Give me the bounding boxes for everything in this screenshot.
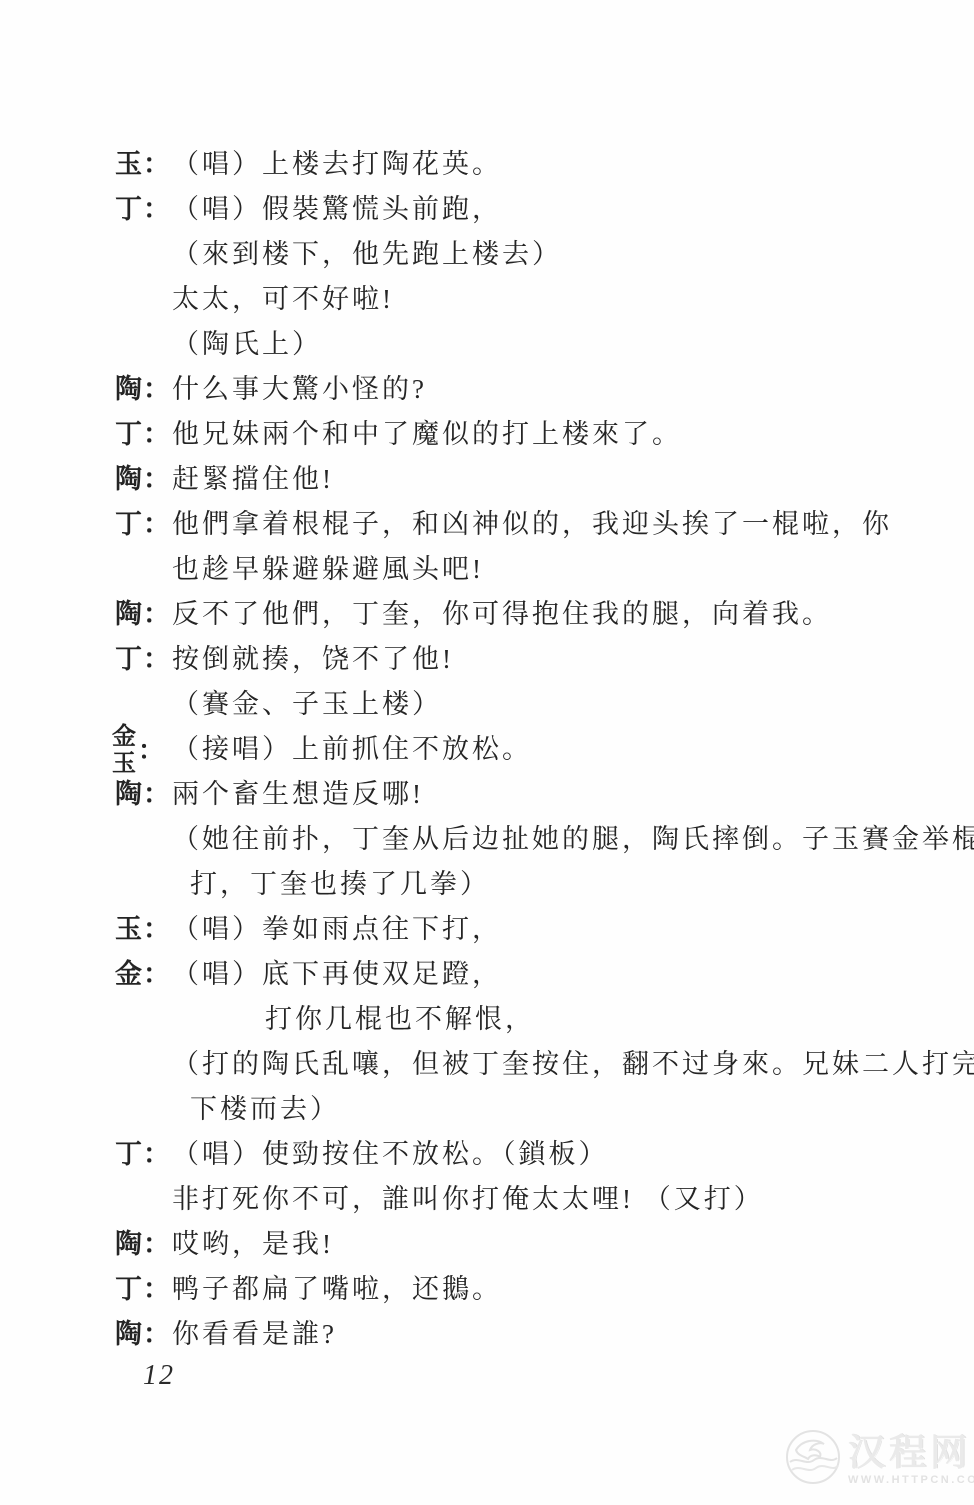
- script-line: 丁： 鸭子都扁了嘴啦，还鵝。: [0, 1272, 974, 1317]
- dialogue-text: （接唱）上前抓住不放松。: [172, 732, 532, 766]
- dialogue-text: 非打死你不可，誰叫你打俺太太哩! （又打）: [172, 1182, 764, 1216]
- script-line: 陶： 你看看是誰?: [0, 1317, 974, 1362]
- stage-direction-text: 下楼而去）: [190, 1092, 340, 1126]
- dialogue-text: 什么事大驚小怪的?: [172, 372, 427, 406]
- speaker-label: 丁：: [115, 192, 172, 226]
- dialogue-text: 鸭子都扁了嘴啦，还鵝。: [172, 1272, 502, 1306]
- speaker-label: 丁：: [115, 642, 172, 676]
- script-line: 丁： 他兄妹兩个和中了魔似的打上楼來了。: [0, 417, 974, 462]
- dialogue-text: 打你几棍也不解恨，: [265, 1002, 535, 1036]
- dialogue-text: （唱）假裝驚慌头前跑，: [172, 192, 502, 226]
- speaker-name-bottom: 玉: [112, 751, 136, 778]
- speaker-label: 陶：: [115, 1317, 172, 1351]
- speaker-label: 丁：: [115, 1272, 172, 1306]
- dialogue-text: （唱）拳如雨点往下打，: [172, 912, 502, 946]
- dialogue-text: 也趁早躲避躲避風头吧!: [172, 552, 484, 586]
- dialogue-text: （唱）底下再使双足蹬，: [172, 957, 502, 991]
- script-line: 玉： （唱）拳如雨点往下打，: [0, 912, 974, 957]
- dialogue-text: 他們拿着根棍子，和凶神似的，我迎头挨了一棍啦，你: [172, 507, 892, 541]
- stage-direction-line: （打的陶氏乱嚷，但被丁奎按住，翻不过身來。兄妹二人打完，: [0, 1047, 974, 1092]
- speaker-label: 丁：: [115, 417, 172, 451]
- stage-direction-line: 打，丁奎也揍了几拳）: [0, 867, 974, 912]
- script-line: 陶： 反不了他們，丁奎，你可得抱住我的腿，向着我。: [0, 597, 974, 642]
- dialogue-text: （唱）使勁按住不放松。（鎖板）: [172, 1137, 609, 1171]
- sung-continuation-line: 打你几棍也不解恨，: [0, 1002, 974, 1047]
- watermark-site-url: WWW.HTTPCN.COM: [848, 1474, 974, 1486]
- dialogue-text: （唱）上楼去打陶花英。: [172, 147, 502, 181]
- dialogue-text: 太太，可不好啦!: [172, 282, 394, 316]
- dialogue-text: 按倒就揍，饶不了他!: [172, 642, 454, 676]
- dialogue-text: 哎哟，是我!: [172, 1227, 334, 1261]
- script-page: 玉： （唱）上楼去打陶花英。 丁： （唱）假裝驚慌头前跑， （來到楼下，他先跑上…: [0, 0, 974, 1505]
- stage-direction-text: （賽金、子玉上楼）: [172, 687, 442, 721]
- stage-direction-line: （來到楼下，他先跑上楼去）: [0, 237, 974, 282]
- dialogue-text: 反不了他們，丁奎，你可得抱住我的腿，向着我。: [172, 597, 832, 631]
- speaker-colon: ：: [138, 734, 164, 768]
- watermark-text: 汉程网 WWW.HTTPCN.COM: [848, 1434, 974, 1486]
- dialogue-text: 你看看是誰?: [172, 1317, 337, 1351]
- dual-speaker-label: 金 玉 ：: [112, 724, 172, 778]
- speaker-label: 陶：: [115, 372, 172, 406]
- script-line: 丁： 他們拿着根棍子，和凶神似的，我迎头挨了一棍啦，你: [0, 507, 974, 552]
- dialogue-continuation-line: 非打死你不可，誰叫你打俺太太哩! （又打）: [0, 1182, 974, 1227]
- stage-direction-text: （來到楼下，他先跑上楼去）: [172, 237, 562, 271]
- script-line: 玉： （唱）上楼去打陶花英。: [0, 147, 974, 192]
- dialogue-text: 兩个畜生想造反哪!: [172, 777, 424, 811]
- dual-speaker-names: 金 玉: [112, 724, 136, 778]
- stage-direction-line: （她往前扑，丁奎从后边扯她的腿，陶氏摔倒。子玉賽金举棍便: [0, 822, 974, 867]
- speaker-label: 陶：: [115, 777, 172, 811]
- script-line: 丁： （唱）假裝驚慌头前跑，: [0, 192, 974, 237]
- stage-direction-line: （陶氏上）: [0, 327, 974, 372]
- script-line: 陶： 兩个畜生想造反哪!: [0, 777, 974, 822]
- speaker-label: 玉：: [115, 147, 172, 181]
- dialogue-continuation-line: 也趁早躲避躲避風头吧!: [0, 552, 974, 597]
- dialogue-text: 他兄妹兩个和中了魔似的打上楼來了。: [172, 417, 682, 451]
- script-line: 陶： 哎哟，是我!: [0, 1227, 974, 1272]
- speaker-name-top: 金: [112, 724, 136, 751]
- stage-direction-line: 下楼而去）: [0, 1092, 974, 1137]
- script-content: 玉： （唱）上楼去打陶花英。 丁： （唱）假裝驚慌头前跑， （來到楼下，他先跑上…: [0, 147, 974, 1362]
- dialogue-text: 赶緊擋住他!: [172, 462, 334, 496]
- page-number: 12: [143, 1360, 175, 1392]
- script-line: 金： （唱）底下再使双足蹬，: [0, 957, 974, 1002]
- script-line-dual-speaker: 金 玉 ： （接唱）上前抓住不放松。: [0, 732, 974, 777]
- speaker-label: 陶：: [115, 597, 172, 631]
- stage-direction-text: 打，丁奎也揍了几拳）: [190, 867, 490, 901]
- dragon-logo-icon: [782, 1426, 844, 1493]
- script-line: 丁： （唱）使勁按住不放松。（鎖板）: [0, 1137, 974, 1182]
- speaker-label: 玉：: [115, 912, 172, 946]
- watermark-site-name: 汉程网: [848, 1434, 971, 1472]
- stage-direction-text: （她往前扑，丁奎从后边扯她的腿，陶氏摔倒。子玉賽金举棍便: [172, 822, 974, 856]
- script-line: 陶： 赶緊擋住他!: [0, 462, 974, 507]
- speaker-label: 陶：: [115, 462, 172, 496]
- speaker-label: 陶：: [115, 1227, 172, 1261]
- stage-direction-text: （陶氏上）: [172, 327, 322, 361]
- script-line: 丁： 按倒就揍，饶不了他!: [0, 642, 974, 687]
- speaker-label: 丁：: [115, 507, 172, 541]
- dialogue-continuation-line: 太太，可不好啦!: [0, 282, 974, 327]
- script-line: 陶： 什么事大驚小怪的?: [0, 372, 974, 417]
- speaker-label: 丁：: [115, 1137, 172, 1171]
- watermark: 汉程网 WWW.HTTPCN.COM: [782, 1426, 974, 1493]
- stage-direction-text: （打的陶氏乱嚷，但被丁奎按住，翻不过身來。兄妹二人打完，: [172, 1047, 974, 1081]
- speaker-label: 金：: [115, 957, 172, 991]
